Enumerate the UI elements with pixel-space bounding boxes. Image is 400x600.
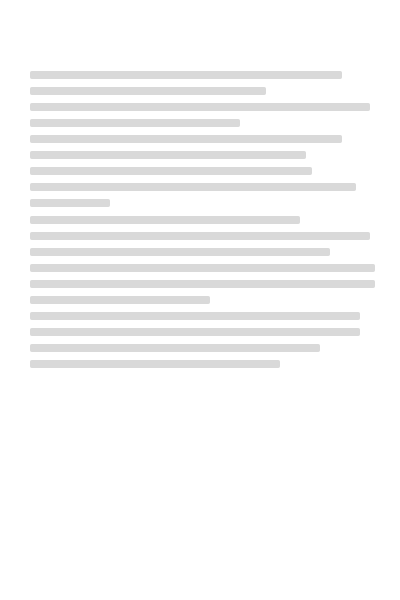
redacted-text-placeholder — [30, 232, 370, 240]
redacted-text-placeholder — [30, 135, 342, 143]
text-line — [30, 195, 110, 211]
text-line — [30, 212, 300, 228]
redacted-text-placeholder — [30, 216, 300, 224]
text-line — [30, 179, 356, 195]
redacted-text-placeholder — [30, 360, 280, 368]
text-line — [30, 308, 360, 324]
redacted-text-placeholder — [30, 328, 360, 336]
text-line — [30, 340, 320, 356]
text-line — [30, 228, 370, 244]
text-line — [30, 244, 330, 260]
redacted-text-placeholder — [30, 312, 360, 320]
text-line — [30, 324, 360, 340]
text-line — [30, 276, 375, 292]
text-line — [30, 115, 240, 131]
text-line — [30, 292, 210, 308]
text-line — [30, 131, 342, 147]
redacted-text-placeholder — [30, 296, 210, 304]
redacted-text-placeholder — [30, 119, 240, 127]
redacted-text-placeholder — [30, 183, 356, 191]
redacted-text-placeholder — [30, 248, 330, 256]
redacted-text-placeholder — [30, 151, 306, 159]
text-line — [30, 99, 370, 115]
text-line — [30, 356, 280, 372]
text-line — [30, 83, 266, 99]
redacted-text-placeholder — [30, 280, 375, 288]
text-line — [30, 260, 375, 276]
redacted-text-placeholder — [30, 71, 342, 79]
text-line — [30, 147, 306, 163]
redacted-text-placeholder — [30, 103, 370, 111]
redacted-text-placeholder — [30, 199, 110, 207]
text-line — [30, 163, 312, 179]
redacted-text-placeholder — [30, 87, 266, 95]
redacted-text-placeholder — [30, 344, 320, 352]
text-line — [30, 67, 342, 83]
redacted-text-placeholder — [30, 264, 375, 272]
document-page — [0, 0, 400, 600]
redacted-text-placeholder — [30, 167, 312, 175]
